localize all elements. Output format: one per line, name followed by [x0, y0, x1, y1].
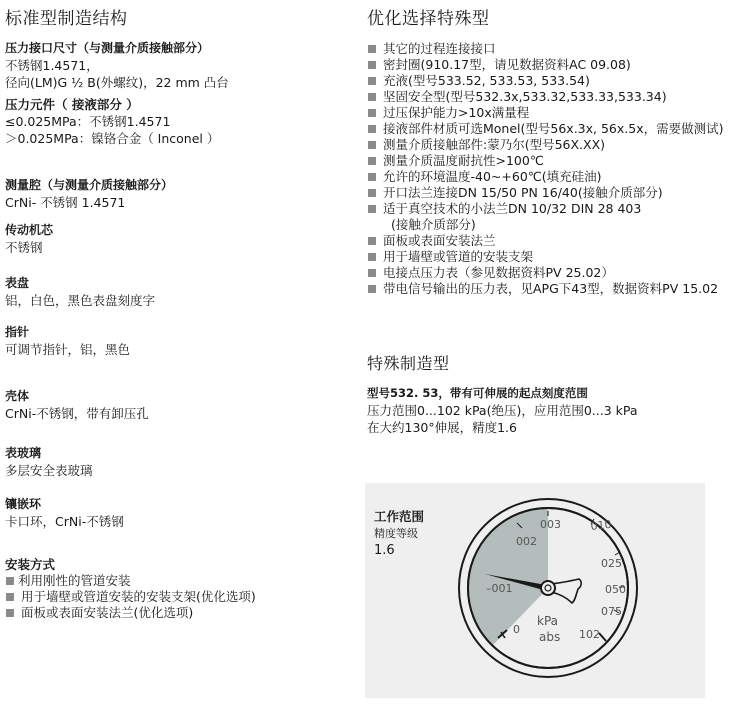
section-line: 不锈钢 — [5, 239, 53, 256]
pressure-gauge-dial-icon: 003 010 002 025 050 075 102 –001 0 kPa a… — [365, 483, 705, 698]
section-window: 表玻璃 多层安全表玻璃 — [5, 445, 93, 479]
tick-label: 050 — [605, 583, 626, 596]
tick-label: 002 — [516, 535, 537, 548]
list-item: 带电信号输出的压力表，见APG下43型，数据资料PV 15.02 — [367, 281, 723, 297]
bullet-square-icon — [368, 237, 376, 245]
bullet-square-icon — [368, 173, 376, 181]
bullet-square-icon — [368, 269, 376, 277]
section-line: 不锈钢1.4571， — [5, 57, 229, 74]
bullet-square-icon — [368, 109, 376, 117]
section-movement: 传动机芯 不锈钢 — [5, 222, 53, 256]
mounting-list: 利用刚性的管道安装 用于墙壁或管道安装的安装支架(优化选项) 面板或表面安装法兰… — [5, 573, 256, 621]
special-version-title: 特殊制造型 — [367, 351, 450, 374]
section-line: ＞0.025MPa：镍铬合金（ Inconel ） — [5, 130, 219, 147]
section-pressure-element: 压力元件（ 接液部分 ） ≤0.025MPa：不锈钢1.4571 ＞0.025M… — [5, 96, 219, 147]
bullet-square-icon — [6, 593, 14, 601]
section-case: 壳体 CrNi-不锈钢，带有卸压孔 — [5, 388, 149, 422]
tick-label: 0 — [513, 623, 520, 636]
list-item: 测量介质接触部件:蒙乃尔(型号56X.XX) — [367, 137, 723, 153]
section-line: 径向(LM)G ½ B(外螺纹)，22 mm 凸台 — [5, 74, 229, 91]
section-line: 铝，白色，黑色表盘刻度字 — [5, 292, 155, 309]
section-line: ≤0.025MPa：不锈钢1.4571 — [5, 113, 219, 130]
list-item: 充液(型号533.52, 533.53, 533.54) — [367, 73, 723, 89]
section-line: CrNi-不锈钢，带有卸压孔 — [5, 405, 149, 422]
bullet-square-icon — [368, 285, 376, 293]
list-item: 面板或表面安装法兰(优化选项) — [5, 605, 256, 621]
bullet-square-icon — [368, 77, 376, 85]
section-title: 表盘 — [5, 275, 155, 292]
tick-label: 010 — [590, 518, 612, 533]
tick-label: 102 — [579, 628, 600, 641]
bullet-square-icon — [6, 609, 14, 617]
bullet-square-icon — [368, 253, 376, 261]
section-title: 压力元件（ 接液部分 ） — [5, 96, 219, 113]
special-line: 压力范围0...102 kPa(绝压)，应用范围0...3 kPa — [367, 402, 638, 419]
list-item: 接液部件材质可选Monel(型号56x.3x, 56x.5x，需要做测试) — [367, 121, 723, 137]
bullet-square-icon — [368, 61, 376, 69]
bullet-square-icon — [368, 157, 376, 165]
section-line: 多层安全表玻璃 — [5, 462, 93, 479]
section-pointer: 指针 可调节指针，铝，黑色 — [5, 324, 130, 358]
list-item: 坚固安全型(型号532.3x,533.32,533.33,533.34) — [367, 89, 723, 105]
tick-label: –001 — [486, 582, 513, 595]
section-title: 测量腔（与测量介质接触部分） — [5, 177, 173, 194]
bullet-square-icon — [368, 125, 376, 133]
list-item-continuation: (接触介质部分) — [367, 217, 723, 233]
unit-label: abs — [539, 630, 560, 644]
bullet-square-icon — [368, 93, 376, 101]
tick-label: 075 — [601, 605, 622, 618]
section-measuring-chamber: 测量腔（与测量介质接触部分） CrNi- 不锈钢 1.4571 — [5, 177, 173, 211]
tick-label: 003 — [540, 518, 561, 531]
section-pressure-connection: 压力接口尺寸（与测量介质接触部分） 不锈钢1.4571， 径向(LM)G ½ B… — [5, 40, 229, 91]
list-item: 密封圈(910.17型，请见数据资料AC 09.08) — [367, 57, 723, 73]
list-item: 允许的环境温度-40~+60℃(填充硅油) — [367, 169, 723, 185]
bullet-square-icon — [6, 577, 14, 585]
standard-construction-title: 标准型制造结构 — [5, 4, 128, 29]
list-item: 利用刚性的管道安装 — [5, 573, 256, 589]
optional-special-title: 优化选择特殊型 — [367, 4, 490, 29]
section-ring: 镶嵌环 卡口环，CrNi-不锈钢 — [5, 496, 124, 530]
list-item: 开口法兰连接DN 15/50 PN 16/40(接触介质部分) — [367, 185, 723, 201]
section-line: 可调节指针，铝，黑色 — [5, 341, 130, 358]
bullet-square-icon — [368, 45, 376, 53]
bullet-square-icon — [368, 189, 376, 197]
gauge-illustration: 工作范围 精度等级 1.6 003 010 002 025 050 075 — [365, 483, 705, 698]
list-item: 面板或表面安装法兰 — [367, 233, 723, 249]
list-item: 用于墙壁或管道安装的安装支架(优化选项) — [5, 589, 256, 605]
section-title: 传动机芯 — [5, 222, 53, 239]
options-list: 其它的过程连接接口 密封圈(910.17型，请见数据资料AC 09.08) 充液… — [367, 41, 723, 297]
list-item: 适于真空技术的小法兰DN 10/32 DIN 28 403 — [367, 201, 723, 217]
section-line: 卡口环，CrNi-不锈钢 — [5, 513, 124, 530]
section-title: 壳体 — [5, 388, 149, 405]
bullet-square-icon — [368, 141, 376, 149]
list-item: 其它的过程连接接口 — [367, 41, 723, 57]
mounting-title: 安装方式 — [5, 556, 256, 573]
special-subtitle: 型号532. 53，带有可伸展的起点刻度范围 — [367, 385, 638, 402]
tick-label: 025 — [601, 557, 622, 570]
section-mounting: 安装方式 利用刚性的管道安装 用于墙壁或管道安装的安装支架(优化选项) 面板或表… — [5, 556, 256, 621]
section-line: CrNi- 不锈钢 1.4571 — [5, 194, 173, 211]
section-title: 镶嵌环 — [5, 496, 124, 513]
special-line: 在大约130°伸展，精度1.6 — [367, 419, 638, 436]
section-title: 压力接口尺寸（与测量介质接触部分） — [5, 40, 229, 57]
section-title: 表玻璃 — [5, 445, 93, 462]
list-item: 过压保护能力>10x满量程 — [367, 105, 723, 121]
section-dial: 表盘 铝，白色，黑色表盘刻度字 — [5, 275, 155, 309]
bullet-square-icon — [368, 205, 376, 213]
special-version-details: 型号532. 53，带有可伸展的起点刻度范围 压力范围0...102 kPa(绝… — [367, 385, 638, 436]
list-item: 用于墙壁或管道的安装支架 — [367, 249, 723, 265]
list-item: 测量介质温度耐抗性>100℃ — [367, 153, 723, 169]
unit-label: kPa — [537, 614, 558, 628]
list-item: 电接点压力表（参见数据资料PV 25.02） — [367, 265, 723, 281]
section-title: 指针 — [5, 324, 130, 341]
